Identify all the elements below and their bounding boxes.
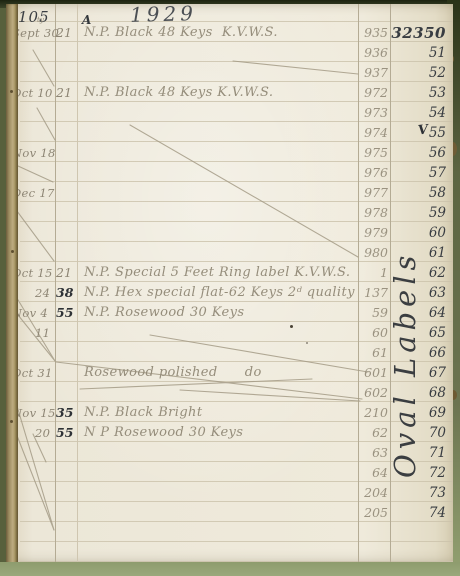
ledger-row: 64 72: [6, 463, 453, 483]
serial-number-cell: 55: [390, 123, 446, 143]
quantity-cell: 21: [56, 83, 80, 103]
binding-strip: [6, 4, 18, 567]
description-cell: [84, 183, 356, 203]
ledger-number-cell: 972: [354, 83, 388, 103]
quantity-cell: [56, 363, 80, 383]
quantity-cell: 55: [56, 423, 80, 443]
ledger-number-cell: 1: [354, 263, 388, 283]
serial-number-cell: 54: [390, 103, 446, 123]
date-cell: [12, 163, 58, 183]
ledger-row: 979 60: [6, 223, 453, 243]
serial-number-cell: 59: [390, 203, 446, 223]
quantity-cell: [56, 243, 80, 263]
serial-number-cell: 57: [390, 163, 446, 183]
serial-number-cell: 66: [390, 343, 446, 363]
quantity-cell: [56, 223, 80, 243]
description-cell: [84, 103, 356, 123]
binding-stitch: [10, 420, 13, 423]
ledger-number-cell: 976: [354, 163, 388, 183]
ledger-number-cell: 974: [354, 123, 388, 143]
date-cell: Nov 15: [12, 403, 58, 423]
description-cell: [84, 63, 356, 83]
description-cell: N.P. Black 48 Keys K.V.W.S.: [84, 83, 356, 103]
quantity-cell: [56, 503, 80, 523]
ledger-row: 20 55 N P Rosewood 30 Keys 62 70: [6, 423, 453, 443]
ledger-number-cell: 210: [354, 403, 388, 423]
serial-number-cell: 56: [390, 143, 446, 163]
binding-stitch: [10, 90, 13, 93]
ledger-number-cell: 975: [354, 143, 388, 163]
ledger-row: 973 54: [6, 103, 453, 123]
description-cell: [84, 443, 356, 463]
quantity-cell: [56, 103, 80, 123]
quantity-cell: [56, 63, 80, 83]
quantity-cell: [56, 163, 80, 183]
serial-number-cell: 51: [390, 43, 446, 63]
quantity-cell: [56, 383, 80, 403]
description-cell: [84, 143, 356, 163]
description-cell: N.P. Special 5 Feet Ring label K.V.W.S.: [84, 263, 356, 283]
date-cell: [12, 483, 58, 503]
ledger-row: Sept 30 21 N.P. Black 48 Keys K.V.W.S. 9…: [6, 23, 453, 43]
ledger-number-cell: 62: [354, 423, 388, 443]
ledger-row: Nov 4 55 N.P. Rosewood 30 Keys 59 64: [6, 303, 453, 323]
date-cell: Dec 17: [12, 183, 58, 203]
date-cell: [12, 123, 58, 143]
description-cell: [84, 243, 356, 263]
ledger-number-cell: 204: [354, 483, 388, 503]
ledger-number-cell: 602: [354, 383, 388, 403]
ledger-row: 204 73: [6, 483, 453, 503]
description-cell: [84, 123, 356, 143]
ledger-number-cell: 980: [354, 243, 388, 263]
serial-number-cell: 60: [390, 223, 446, 243]
description-cell: [84, 343, 356, 363]
quantity-cell: [56, 43, 80, 63]
quantity-cell: [56, 483, 80, 503]
date-cell: [12, 63, 58, 83]
serial-number-cell: 61: [390, 243, 446, 263]
ledger-row: 61 66: [6, 343, 453, 363]
ledger-row: Oct 10 21 N.P. Black 48 Keys K.V.W.S. 97…: [6, 83, 453, 103]
description-cell: N.P. Black 48 Keys K.V.W.S.: [84, 23, 356, 43]
ledger-number-cell: 60: [354, 323, 388, 343]
serial-number-cell: 32350: [390, 23, 446, 43]
serial-number-cell: 63: [390, 283, 446, 303]
description-cell: [84, 503, 356, 523]
serial-number-cell: 72: [390, 463, 446, 483]
ledger-number-cell: 205: [354, 503, 388, 523]
ledger-number-cell: 601: [354, 363, 388, 383]
ledger-row: Dec 17 977 58: [6, 183, 453, 203]
date-cell: [12, 443, 58, 463]
serial-number-cell: 73: [390, 483, 446, 503]
date-cell: [12, 203, 58, 223]
ink-speck: [290, 325, 293, 328]
description-cell: [84, 383, 356, 403]
quantity-cell: [56, 143, 80, 163]
ledger-row: Nov 15 35 N.P. Black Bright 210 69: [6, 403, 453, 423]
ledger-number-cell: 59: [354, 303, 388, 323]
ledger-number-cell: 937: [354, 63, 388, 83]
ledger-row: 980 61: [6, 243, 453, 263]
ledger-number-cell: 978: [354, 203, 388, 223]
date-cell: Nov 18: [12, 143, 58, 163]
ledger-row: 24 38 N.P. Hex special flat-62 Keys 2ᵈ q…: [6, 283, 453, 303]
ledger-photo: 105 1929 A ty Oval Labels V Sept 30 21 N…: [0, 0, 460, 576]
ledger-row: 978 59: [6, 203, 453, 223]
date-cell: [12, 343, 58, 363]
description-cell: [84, 223, 356, 243]
binding-stitch: [11, 250, 14, 253]
description-cell: [84, 43, 356, 63]
date-cell: Oct 31: [12, 363, 58, 383]
ledger-number-cell: 979: [354, 223, 388, 243]
ledger-row: 937 52: [6, 63, 453, 83]
serial-number-cell: 70: [390, 423, 446, 443]
ink-speck: [306, 342, 308, 344]
ledger-row: 602 68: [6, 383, 453, 403]
ledger-number-cell: 973: [354, 103, 388, 123]
description-cell: N.P. Rosewood 30 Keys: [84, 303, 356, 323]
quantity-cell: 35: [56, 403, 80, 423]
quantity-cell: [56, 323, 80, 343]
quantity-cell: [56, 183, 80, 203]
quantity-cell: 21: [56, 263, 80, 283]
ledger-number-cell: 61: [354, 343, 388, 363]
serial-number-cell: 58: [390, 183, 446, 203]
description-cell: [84, 483, 356, 503]
ledger-row: 11 60 65: [6, 323, 453, 343]
serial-number-cell: 69: [390, 403, 446, 423]
serial-number-cell: 71: [390, 443, 446, 463]
ledger-number-cell: 936: [354, 43, 388, 63]
ledger-number-cell: 64: [354, 463, 388, 483]
date-cell: [12, 243, 58, 263]
date-cell: Oct 10: [12, 83, 58, 103]
ledger-row: 936 51: [6, 43, 453, 63]
ledger-row: 976 57: [6, 163, 453, 183]
date-cell: [12, 223, 58, 243]
quantity-cell: [56, 203, 80, 223]
ledger-number-cell: 977: [354, 183, 388, 203]
date-cell: Sept 30: [12, 23, 58, 43]
date-cell: [12, 103, 58, 123]
quantity-cell: 21: [56, 23, 80, 43]
quantity-cell: [56, 343, 80, 363]
photo-bottom-edge: [0, 562, 460, 576]
serial-number-cell: 53: [390, 83, 446, 103]
quantity-cell: 38: [56, 283, 80, 303]
date-cell: [12, 463, 58, 483]
serial-number-cell: 62: [390, 263, 446, 283]
description-cell: [84, 163, 356, 183]
quantity-cell: [56, 463, 80, 483]
ledger-row: 205 74: [6, 503, 453, 523]
serial-number-cell: 74: [390, 503, 446, 523]
ledger-row: Oct 15 21 N.P. Special 5 Feet Ring label…: [6, 263, 453, 283]
ledger-number-cell: 137: [354, 283, 388, 303]
description-cell: [84, 203, 356, 223]
serial-number-cell: 65: [390, 323, 446, 343]
description-cell: N.P. Black Bright: [84, 403, 356, 423]
date-cell: Oct 15: [12, 263, 58, 283]
date-cell: [12, 383, 58, 403]
ledger-row: Oct 31 Rosewood polished do 601 67: [6, 363, 453, 383]
date-cell: Nov 4: [12, 303, 58, 323]
serial-number-cell: 67: [390, 363, 446, 383]
ledger-number-cell: 935: [354, 23, 388, 43]
ledger-row: 63 71: [6, 443, 453, 463]
description-cell: [84, 323, 356, 343]
description-cell: [84, 463, 356, 483]
quantity-cell: [56, 123, 80, 143]
ledger-number-cell: 63: [354, 443, 388, 463]
serial-number-cell: 64: [390, 303, 446, 323]
ledger-page: 105 1929 A ty Oval Labels V Sept 30 21 N…: [6, 4, 453, 567]
serial-number-cell: 68: [390, 383, 446, 403]
description-cell: N P Rosewood 30 Keys: [84, 423, 356, 443]
ledger-row: Nov 18 975 56: [6, 143, 453, 163]
description-cell: N.P. Hex special flat-62 Keys 2ᵈ quality: [84, 283, 356, 303]
date-cell: [12, 503, 58, 523]
serial-number-cell: 52: [390, 63, 446, 83]
ledger-row: 974 55: [6, 123, 453, 143]
quantity-cell: [56, 443, 80, 463]
quantity-cell: 55: [56, 303, 80, 323]
date-cell: [12, 43, 58, 63]
description-cell: Rosewood polished do: [84, 363, 356, 383]
